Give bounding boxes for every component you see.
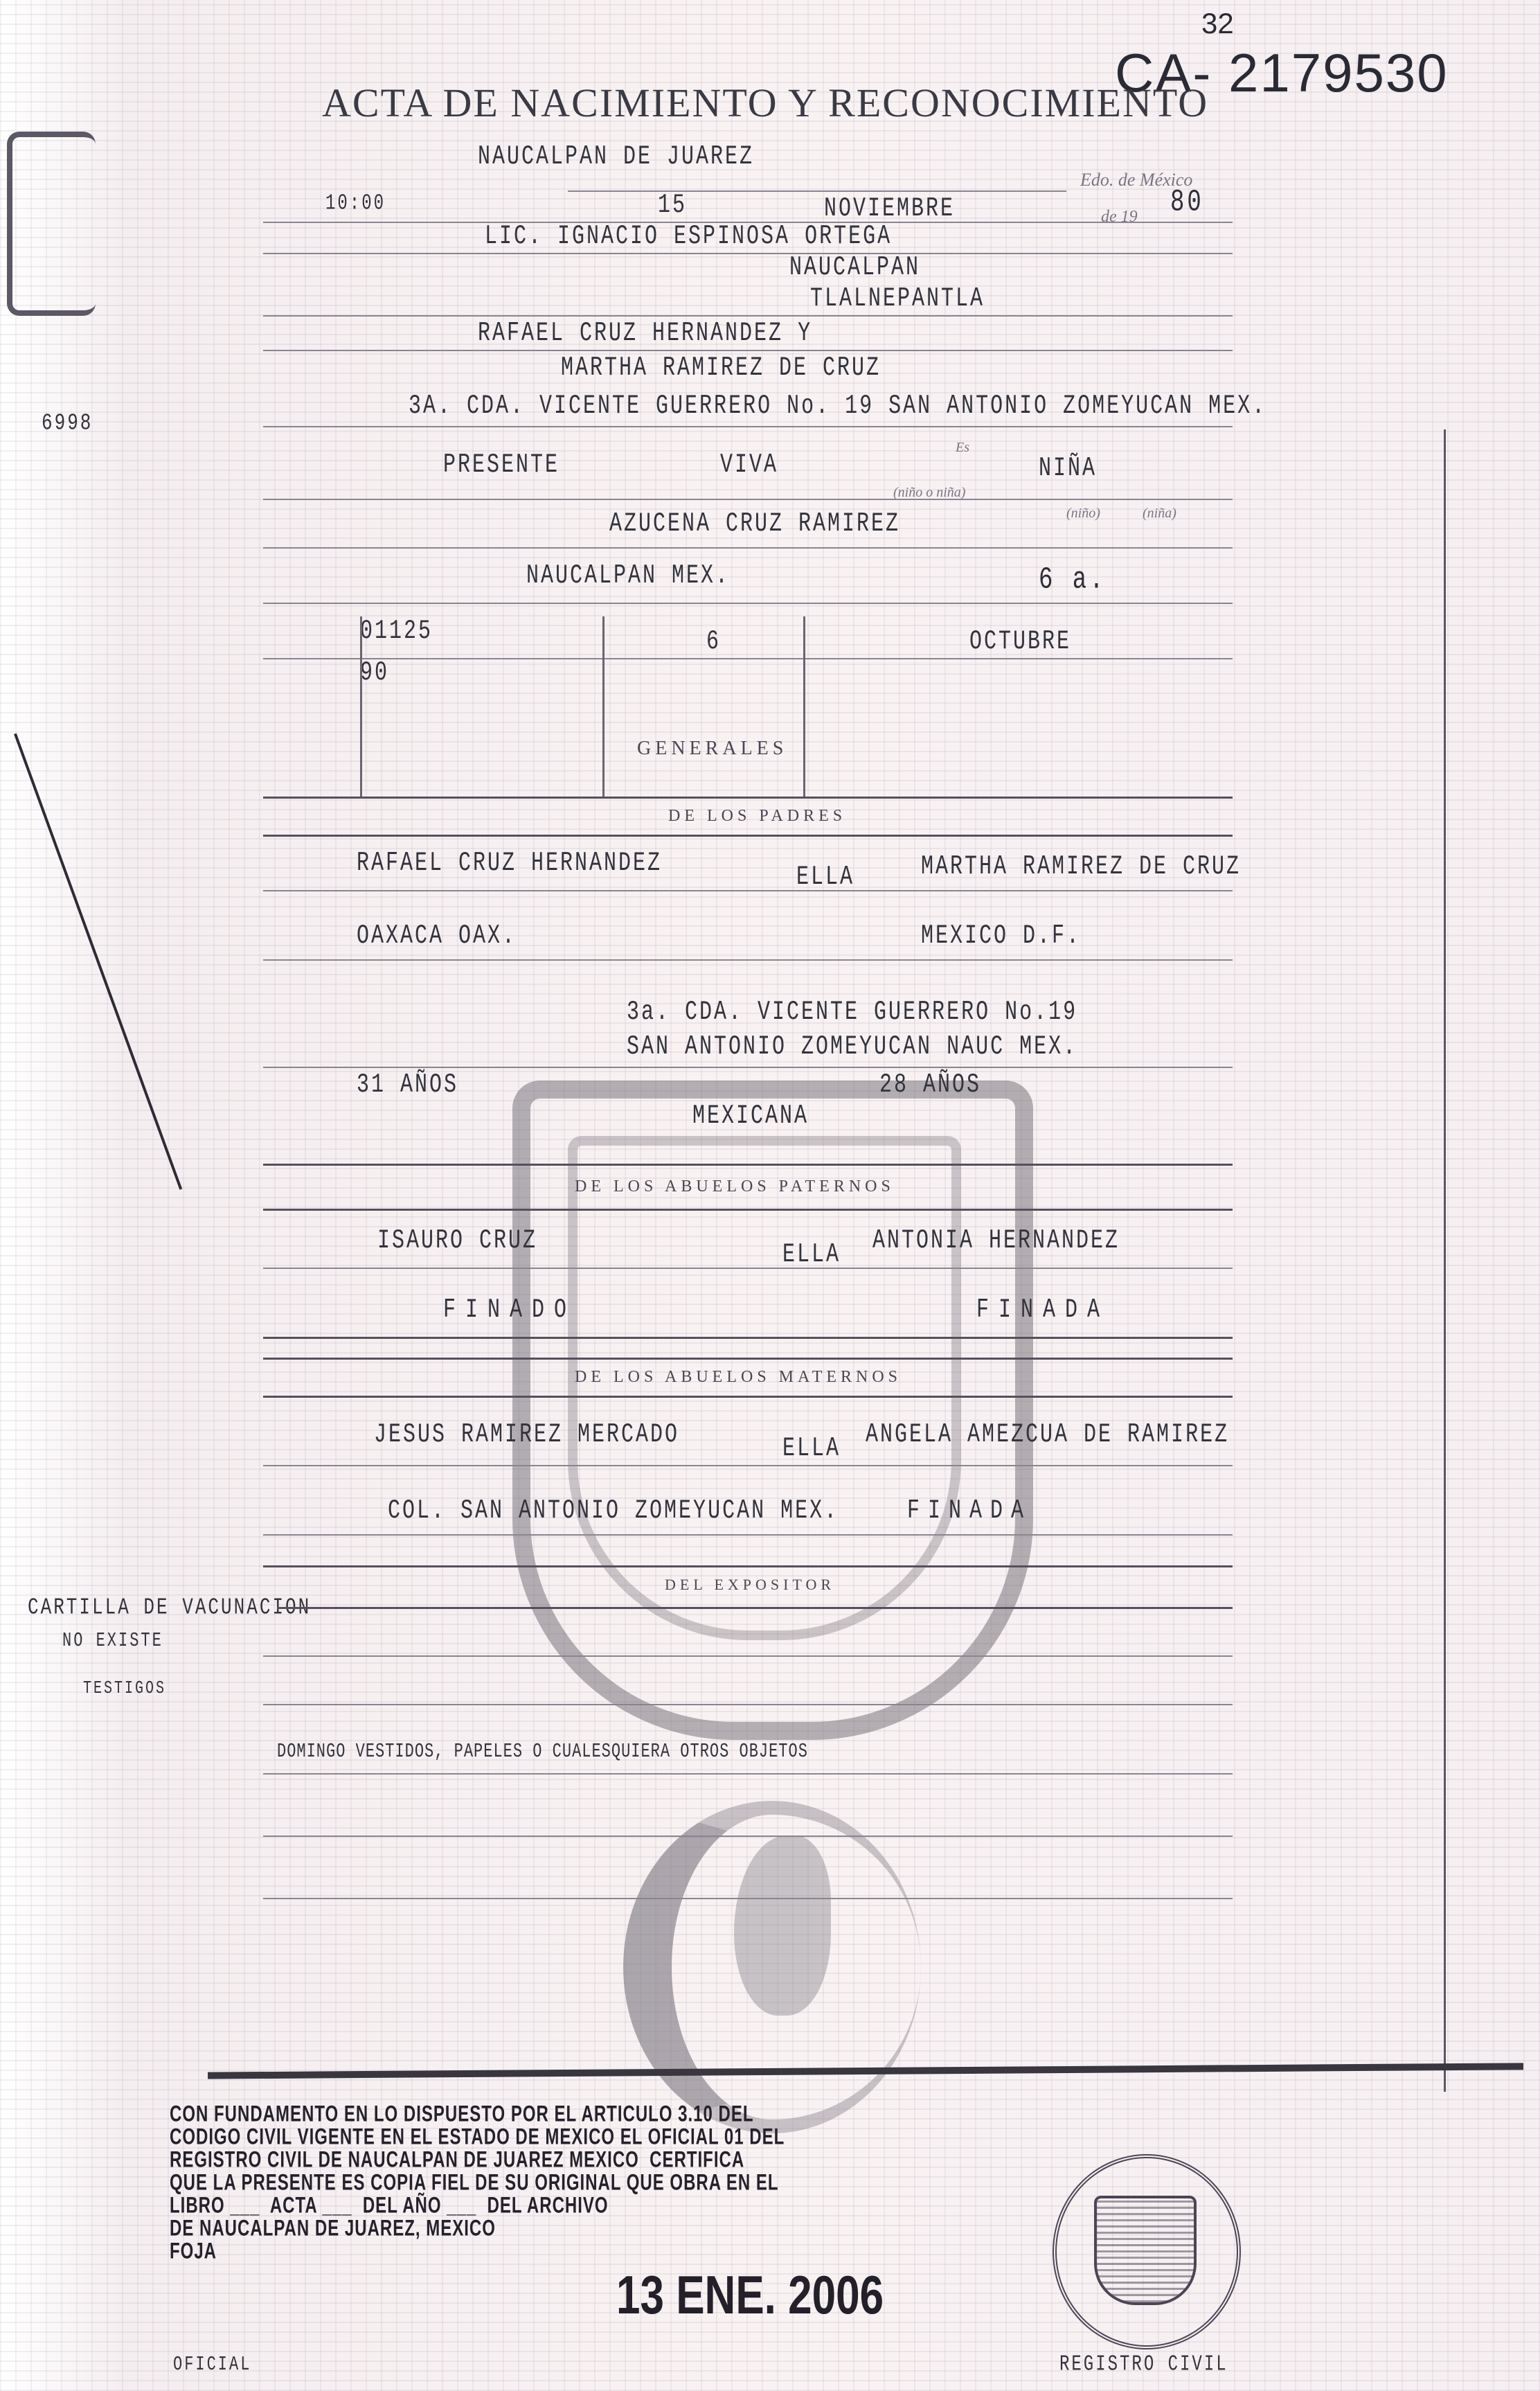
civil-registry-official: LIC. IGNACIO ESPINOSA ORTEGA xyxy=(485,222,892,252)
vaccination-label: CARTILLA DE VACUNACION xyxy=(28,1594,311,1621)
vaccination-sub: NO EXISTE xyxy=(62,1630,163,1653)
rule xyxy=(263,1704,1233,1705)
registrants-line-1: RAFAEL CRUZ HERNANDEZ Y xyxy=(478,319,812,349)
rule xyxy=(277,1607,1233,1609)
rule xyxy=(263,1836,1233,1837)
parents-nationality: MEXICANA xyxy=(692,1101,809,1132)
father-name: RAFAEL CRUZ HERNANDEZ xyxy=(357,848,662,879)
rule xyxy=(263,1465,1233,1466)
rule xyxy=(263,1565,1233,1567)
registrants-line-2: MARTHA RAMIREZ DE CRUZ xyxy=(561,353,881,384)
document-title: ACTA DE NACIMIENTO Y RECONOCIMIENTO xyxy=(322,80,1208,126)
name-label-nino: (niño) xyxy=(1066,506,1100,522)
section-abuelos-paternos: DE LOS ABUELOS PATERNOS xyxy=(575,1177,895,1196)
child-name: AZUCENA CRUZ RAMIREZ xyxy=(609,509,900,540)
mother-origin: MEXICO D.F. xyxy=(921,921,1081,952)
paternal-grandfather-status: FINADO xyxy=(443,1295,576,1326)
paternal-grandfather: ISAURO CRUZ xyxy=(377,1226,537,1256)
table-divider xyxy=(803,616,805,797)
table-divider xyxy=(360,616,362,797)
rule xyxy=(263,959,1233,961)
date-stamp: 13 ENE. 2006 xyxy=(616,2265,884,2327)
rule xyxy=(263,1209,1233,1211)
child-birthplace: NAUCALPAN MEX. xyxy=(526,561,730,592)
section-padres: DE LOS PADRES xyxy=(668,807,846,826)
registration-month: NOVIEMBRE xyxy=(824,194,955,224)
page-number: 32 xyxy=(1201,7,1234,40)
left-margin-bracket xyxy=(7,132,96,316)
paternal-grandmother-status: FINADA xyxy=(976,1295,1109,1326)
section-expositor: DEL EXPOSITOR xyxy=(665,1576,835,1594)
mother-age: 28 AÑOS xyxy=(879,1070,981,1101)
child-presented: PRESENTE xyxy=(443,450,559,481)
rule xyxy=(263,1396,1233,1398)
misc-objects-line: DOMINGO VESTIDOS, PAPELES O CUALESQUIERA… xyxy=(277,1741,808,1763)
parents-address-2: SAN ANTONIO ZOMEYUCAN NAUC MEX. xyxy=(627,1032,1077,1063)
rule xyxy=(568,190,1066,192)
rule xyxy=(263,835,1233,837)
municipality: NAUCALPAN DE JUAREZ xyxy=(478,142,754,172)
rule xyxy=(263,1337,1233,1339)
seal-emblem-icon xyxy=(1094,2196,1197,2305)
child-status: VIVA xyxy=(720,450,778,481)
child-sex: NIÑA xyxy=(1039,454,1097,484)
birth-day: 6 xyxy=(706,627,721,657)
registration-time: 10:00 xyxy=(325,192,386,216)
child-age: 6 a. xyxy=(1039,564,1107,598)
seal-label: REGISTRO CIVIL xyxy=(1059,2353,1228,2377)
right-margin-line xyxy=(1444,429,1446,2092)
certification-line: FOJA xyxy=(170,2236,785,2267)
sex-label: Es xyxy=(956,440,969,456)
rule xyxy=(263,1067,1233,1068)
rule xyxy=(263,1358,1233,1360)
paternal-grandmother: ANTONIA HERNANDEZ xyxy=(872,1226,1120,1256)
table-divider xyxy=(602,616,605,797)
certification-text: CON FUNDAMENTO EN LO DISPUESTO POR EL AR… xyxy=(170,2099,785,2259)
year-label: de 19 xyxy=(1101,208,1138,226)
rule xyxy=(263,253,1233,254)
birth-month: OCTUBRE xyxy=(969,627,1071,657)
registrants-address: 3A. CDA. VICENTE GUERRERO No. 19 SAN ANT… xyxy=(409,391,1266,422)
registration-year: 80 xyxy=(1170,186,1204,220)
rule xyxy=(263,1534,1233,1536)
rule xyxy=(263,658,1233,659)
name-label-nina: (niña) xyxy=(1143,506,1176,522)
rule xyxy=(263,797,1233,799)
place-1: NAUCALPAN xyxy=(789,253,920,283)
registration-number: 01125 xyxy=(360,616,433,647)
mother-name: MARTHA RAMIREZ DE CRUZ xyxy=(921,852,1241,882)
parents-address-1: 3a. CDA. VICENTE GUERRERO No.19 xyxy=(627,997,1077,1028)
maternal-grandparents-status: FINADA xyxy=(907,1496,1032,1527)
rule xyxy=(263,1898,1233,1899)
coat-of-arms-inner xyxy=(568,1136,961,1640)
father-age: 31 AÑOS xyxy=(357,1070,458,1101)
rule xyxy=(263,1268,1233,1269)
section-generales: GENERALES xyxy=(637,738,787,760)
rule xyxy=(263,350,1233,351)
rule xyxy=(263,603,1233,604)
paternal-connector: ELLA xyxy=(782,1240,841,1270)
maternal-grandfather: JESUS RAMIREZ MERCADO xyxy=(374,1420,679,1450)
signature-label: OFICIAL xyxy=(173,2354,251,2376)
section-abuelos-maternos: DE LOS ABUELOS MATERNOS xyxy=(575,1368,902,1387)
witnesses-label: TESTIGOS xyxy=(83,1678,166,1699)
father-origin: OAXACA OAX. xyxy=(357,921,517,952)
rule xyxy=(263,315,1233,317)
parents-connector: ELLA xyxy=(796,862,854,893)
left-margin-code: 6998 xyxy=(42,409,93,436)
rule xyxy=(263,426,1233,427)
rule xyxy=(263,1164,1233,1166)
maternal-grandparents-address: COL. SAN ANTONIO ZOMEYUCAN MEX. xyxy=(388,1496,839,1527)
rule xyxy=(263,499,1233,500)
place-2: TLALNEPANTLA xyxy=(810,284,985,314)
rule xyxy=(263,1655,1233,1657)
maternal-grandmother: ANGELA AMEZCUA DE RAMIREZ xyxy=(866,1420,1229,1450)
maternal-connector: ELLA xyxy=(782,1434,841,1464)
rule xyxy=(263,547,1233,549)
rule xyxy=(263,890,1233,891)
registration-day: 15 xyxy=(658,190,687,221)
registration-sub: 90 xyxy=(360,658,389,688)
rule xyxy=(263,1773,1233,1775)
